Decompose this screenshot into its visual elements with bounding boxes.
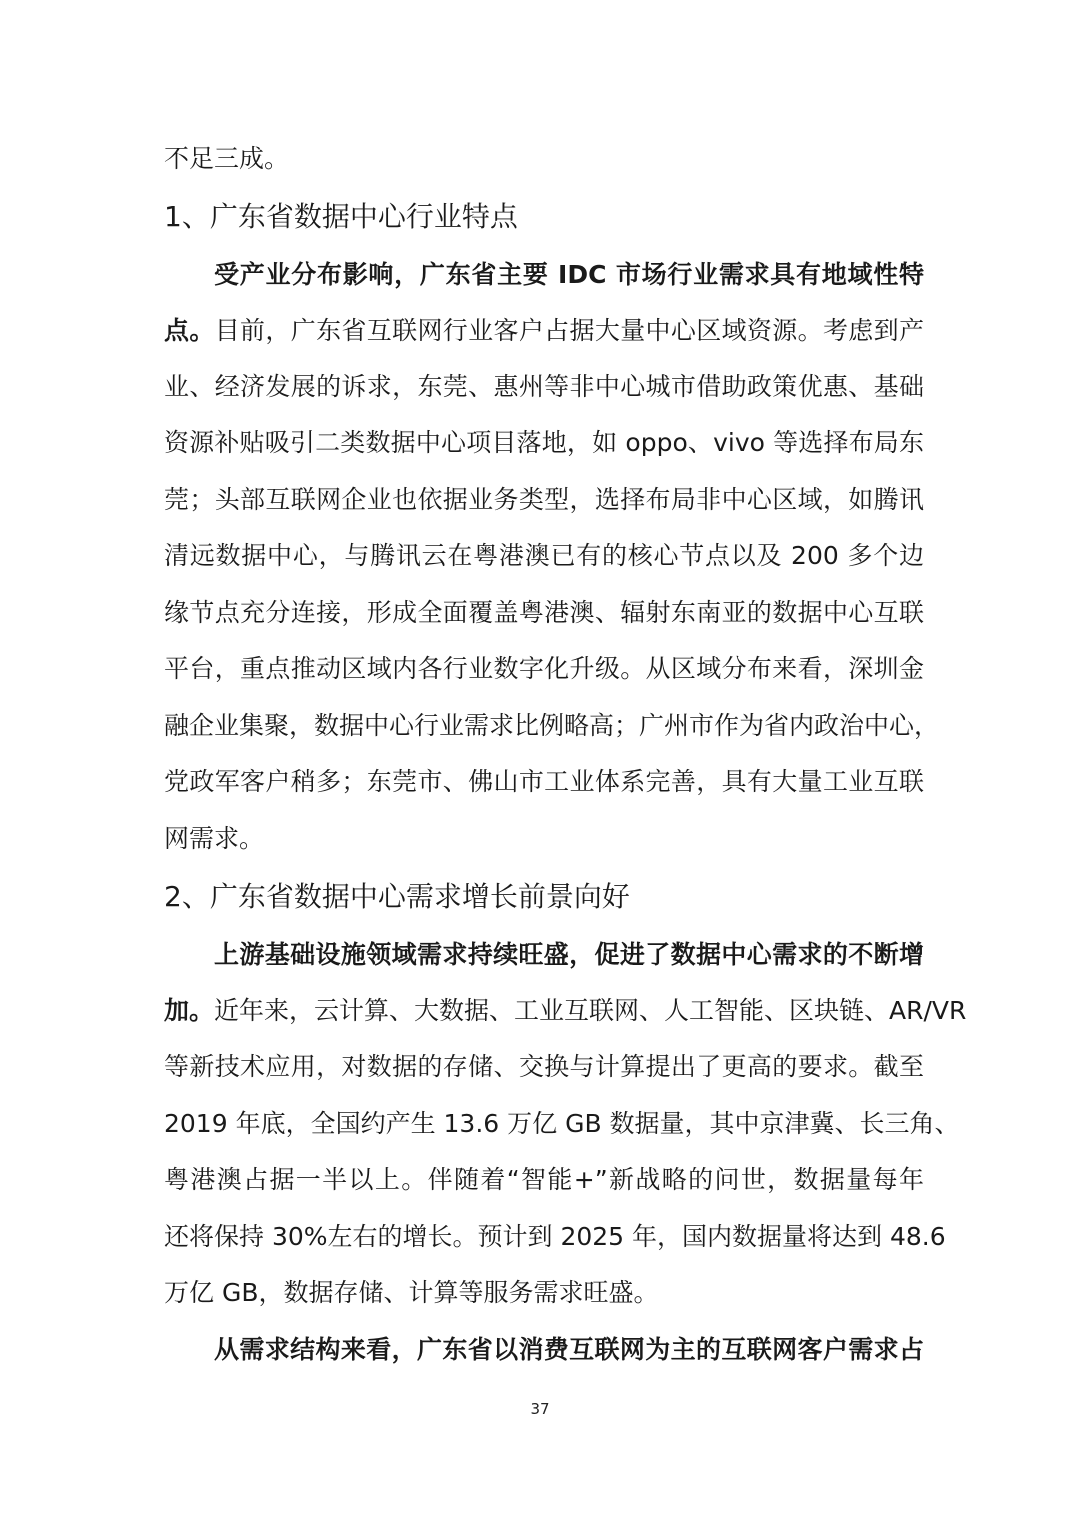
paragraph-line: 业、经济发展的诉求，东莞、惠州等非中心城市借助政策优惠、基础 [164, 370, 924, 404]
paragraph-line: 等新技术应用，对数据的存储、交换与计算提出了更高的要求。截至 [164, 1050, 924, 1084]
paragraph-lead-bold: 上游基础设施领域需求持续旺盛，促进了数据中心需求的不断增 [214, 938, 924, 972]
paragraph-line: 点。目前，广东省互联网行业客户占据大量中心区域资源。考虑到产 [164, 314, 924, 348]
paragraph-line: 资源补贴吸引二类数据中心项目落地，如 oppo、vivo 等选择布局东 [164, 426, 924, 460]
paragraph-line: 加。近年来，云计算、大数据、工业互联网、人工智能、区块链、AR/VR [164, 994, 924, 1028]
section-heading-1: 1、广东省数据中心行业特点 [164, 198, 924, 236]
paragraph-lead-bold: 从需求结构来看，广东省以消费互联网为主的互联网客户需求占 [214, 1333, 924, 1367]
paragraph-line: 还将保持 30%左右的增长。预计到 2025 年，国内数据量将达到 48.6 [164, 1220, 924, 1254]
paragraph-lead-bold: 受产业分布影响，广东省主要 IDC 市场行业需求具有地域性特 [214, 258, 924, 292]
paragraph-line: 缘节点充分连接，形成全面覆盖粤港澳、辐射东南亚的数据中心互联 [164, 596, 924, 630]
paragraph-line: 融企业集聚，数据中心行业需求比例略高；广州市作为省内政治中心， [164, 709, 924, 743]
text-run: 目前，广东省互联网行业客户占据大量中心区域资源。考虑到产 [215, 316, 924, 345]
bold-run: 点。 [164, 316, 215, 345]
paragraph-line: 平台，重点推动区域内各行业数字化升级。从区域分布来看，深圳金 [164, 652, 924, 686]
paragraph-line: 万亿 GB，数据存储、计算等服务需求旺盛。 [164, 1276, 924, 1310]
paragraph-line: 不足三成。 [164, 142, 924, 176]
paragraph-line: 党政军客户稍多；东莞市、佛山市工业体系完善，具有大量工业互联 [164, 765, 924, 799]
section-heading-2: 2、广东省数据中心需求增长前景向好 [164, 878, 924, 916]
bold-run: 加。 [164, 996, 214, 1025]
paragraph-line: 莞；头部互联网企业也依据业务类型，选择布局非中心区域，如腾讯 [164, 483, 924, 517]
paragraph-line: 清远数据中心，与腾讯云在粤港澳已有的核心节点以及 200 多个边 [164, 539, 924, 573]
paragraph-line: 网需求。 [164, 822, 924, 856]
text-run: 近年来，云计算、大数据、工业互联网、人工智能、区块链、AR/VR [214, 996, 966, 1025]
page-number: 37 [0, 1400, 1080, 1418]
paragraph-line: 粤港澳占据一半以上。伴随着“智能+”新战略的问世，数据量每年 [164, 1163, 924, 1197]
paragraph-line: 2019 年底，全国约产生 13.6 万亿 GB 数据量，其中京津冀、长三角、 [164, 1107, 924, 1141]
